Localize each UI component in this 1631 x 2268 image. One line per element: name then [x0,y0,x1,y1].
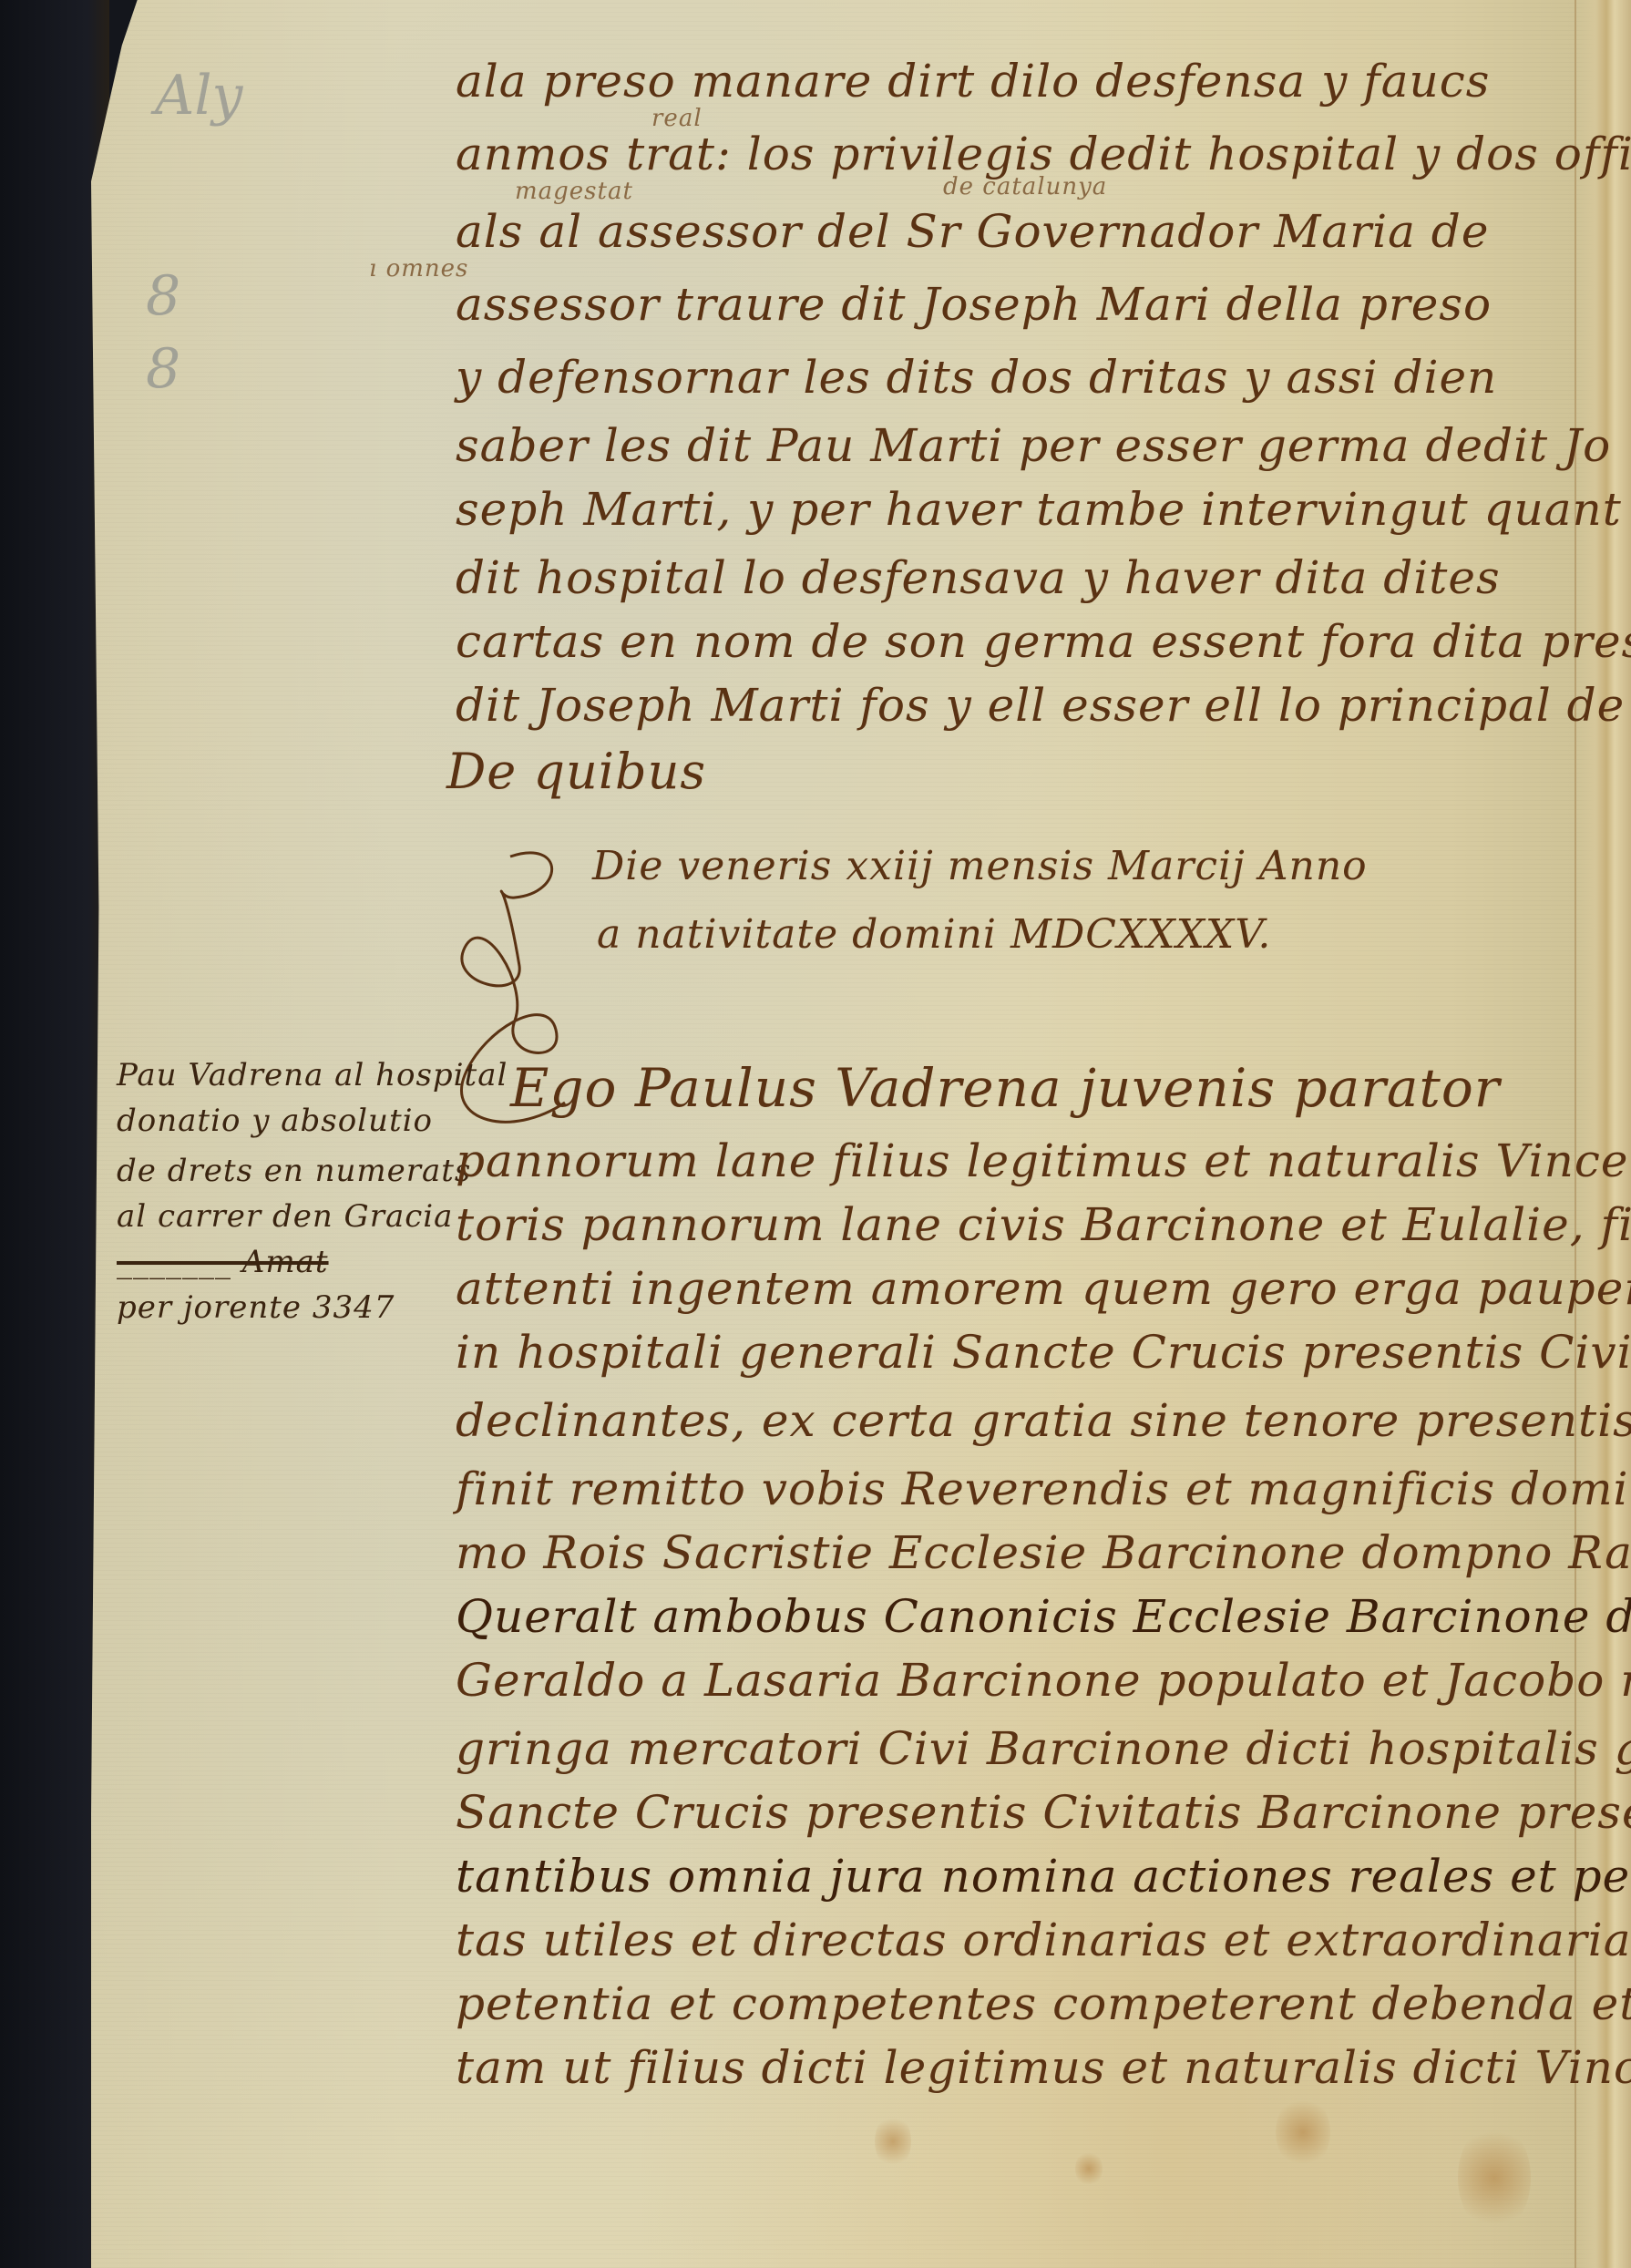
text-line: in hospitali generali Sancte Crucis pres… [456,1326,1631,1379]
interlinear-note: magestat [515,178,633,205]
text-line: dit hospital lo desfensava y haver dita … [456,551,1501,604]
text-line: cartas en nom de son germa essent fora d… [456,615,1631,668]
text-line: declinantes, ex certa gratia sine tenore… [456,1394,1631,1447]
text-line: petentia et competentes competerent debe… [456,1977,1631,2030]
text-line: Queralt ambobus Canonicis Ecclesie Barci… [456,1590,1631,1643]
foxing-stain [1276,2096,1330,2169]
foxing-stain [1458,2123,1531,2232]
margin-note-line: al carrer den Gracia [117,1198,453,1235]
margin-note-line: per jorente 3347 [117,1289,395,1326]
margin-note-top-left: ı omnes [369,255,468,282]
text-line: anmos trat: los privilegis dedit hospita… [456,128,1631,180]
text-line: toris pannorum lane civis Barcinone et E… [456,1198,1631,1251]
text-line: tam ut filius dicti legitimus et natural… [456,2041,1631,2094]
pencil-mark: 8 [146,264,180,328]
margin-note-line: donatio y absolutio [117,1103,433,1139]
text-line: assessor traure dit Joseph Mari della pr… [456,278,1492,331]
text-line: saber les dit Pau Marti per esser germa … [456,419,1611,472]
text-line: als al assessor del Sr Governador Maria … [456,205,1489,258]
margin-note-line: de drets en numerats [117,1153,471,1189]
text-line: tantibus omnia jura nomina actiones real… [456,1850,1631,1903]
text-line: seph Marti, y per haver tambe intervingu… [456,483,1622,536]
date-heading-line1: Die veneris xxiij mensis Marcij Anno [592,843,1368,889]
margin-note-line: _______ Amat [117,1244,329,1280]
text-line: gringa mercatori Civi Barcinone dicti ho… [456,1722,1631,1775]
text-line: mo Rois Sacristie Ecclesie Barcinone dom… [456,1526,1631,1579]
text-line: De quibus [446,743,706,800]
text-line: pannorum lane filius legitimus et natura… [456,1134,1631,1187]
pencil-mark: 8 [146,337,180,401]
foxing-stain [1075,2150,1103,2187]
date-heading-line2: a nativitate domini MDCXXXXV. [597,911,1271,958]
text-line: Geraldo a Lasaria Barcinone populato et … [456,1654,1631,1707]
text-line: dit Joseph Marti fos y ell esser ell lo … [456,679,1631,732]
margin-note-line: Pau Vadrena al hospital [117,1057,508,1093]
foxing-stain [875,2114,911,2169]
text-line: ala preso manare dirt dilo desfensa y fa… [456,55,1490,108]
notarial-flourish-icon [428,802,583,1185]
text-line: attenti ingentem amorem quem gero erga p… [456,1262,1631,1315]
text-line: finit remitto vobis Reverendis et magnif… [456,1462,1631,1515]
pencil-mark: Aly [155,64,242,128]
text-line: y defensornar les dits dos dritas y assi… [456,351,1497,404]
text-line: Sancte Crucis presentis Civitatis Barcin… [456,1786,1631,1839]
text-line: tas utiles et directas ordinarias et ext… [456,1914,1631,1966]
deed-opening-line: Ego Paulus Vadrena juvenis parator [510,1057,1500,1119]
